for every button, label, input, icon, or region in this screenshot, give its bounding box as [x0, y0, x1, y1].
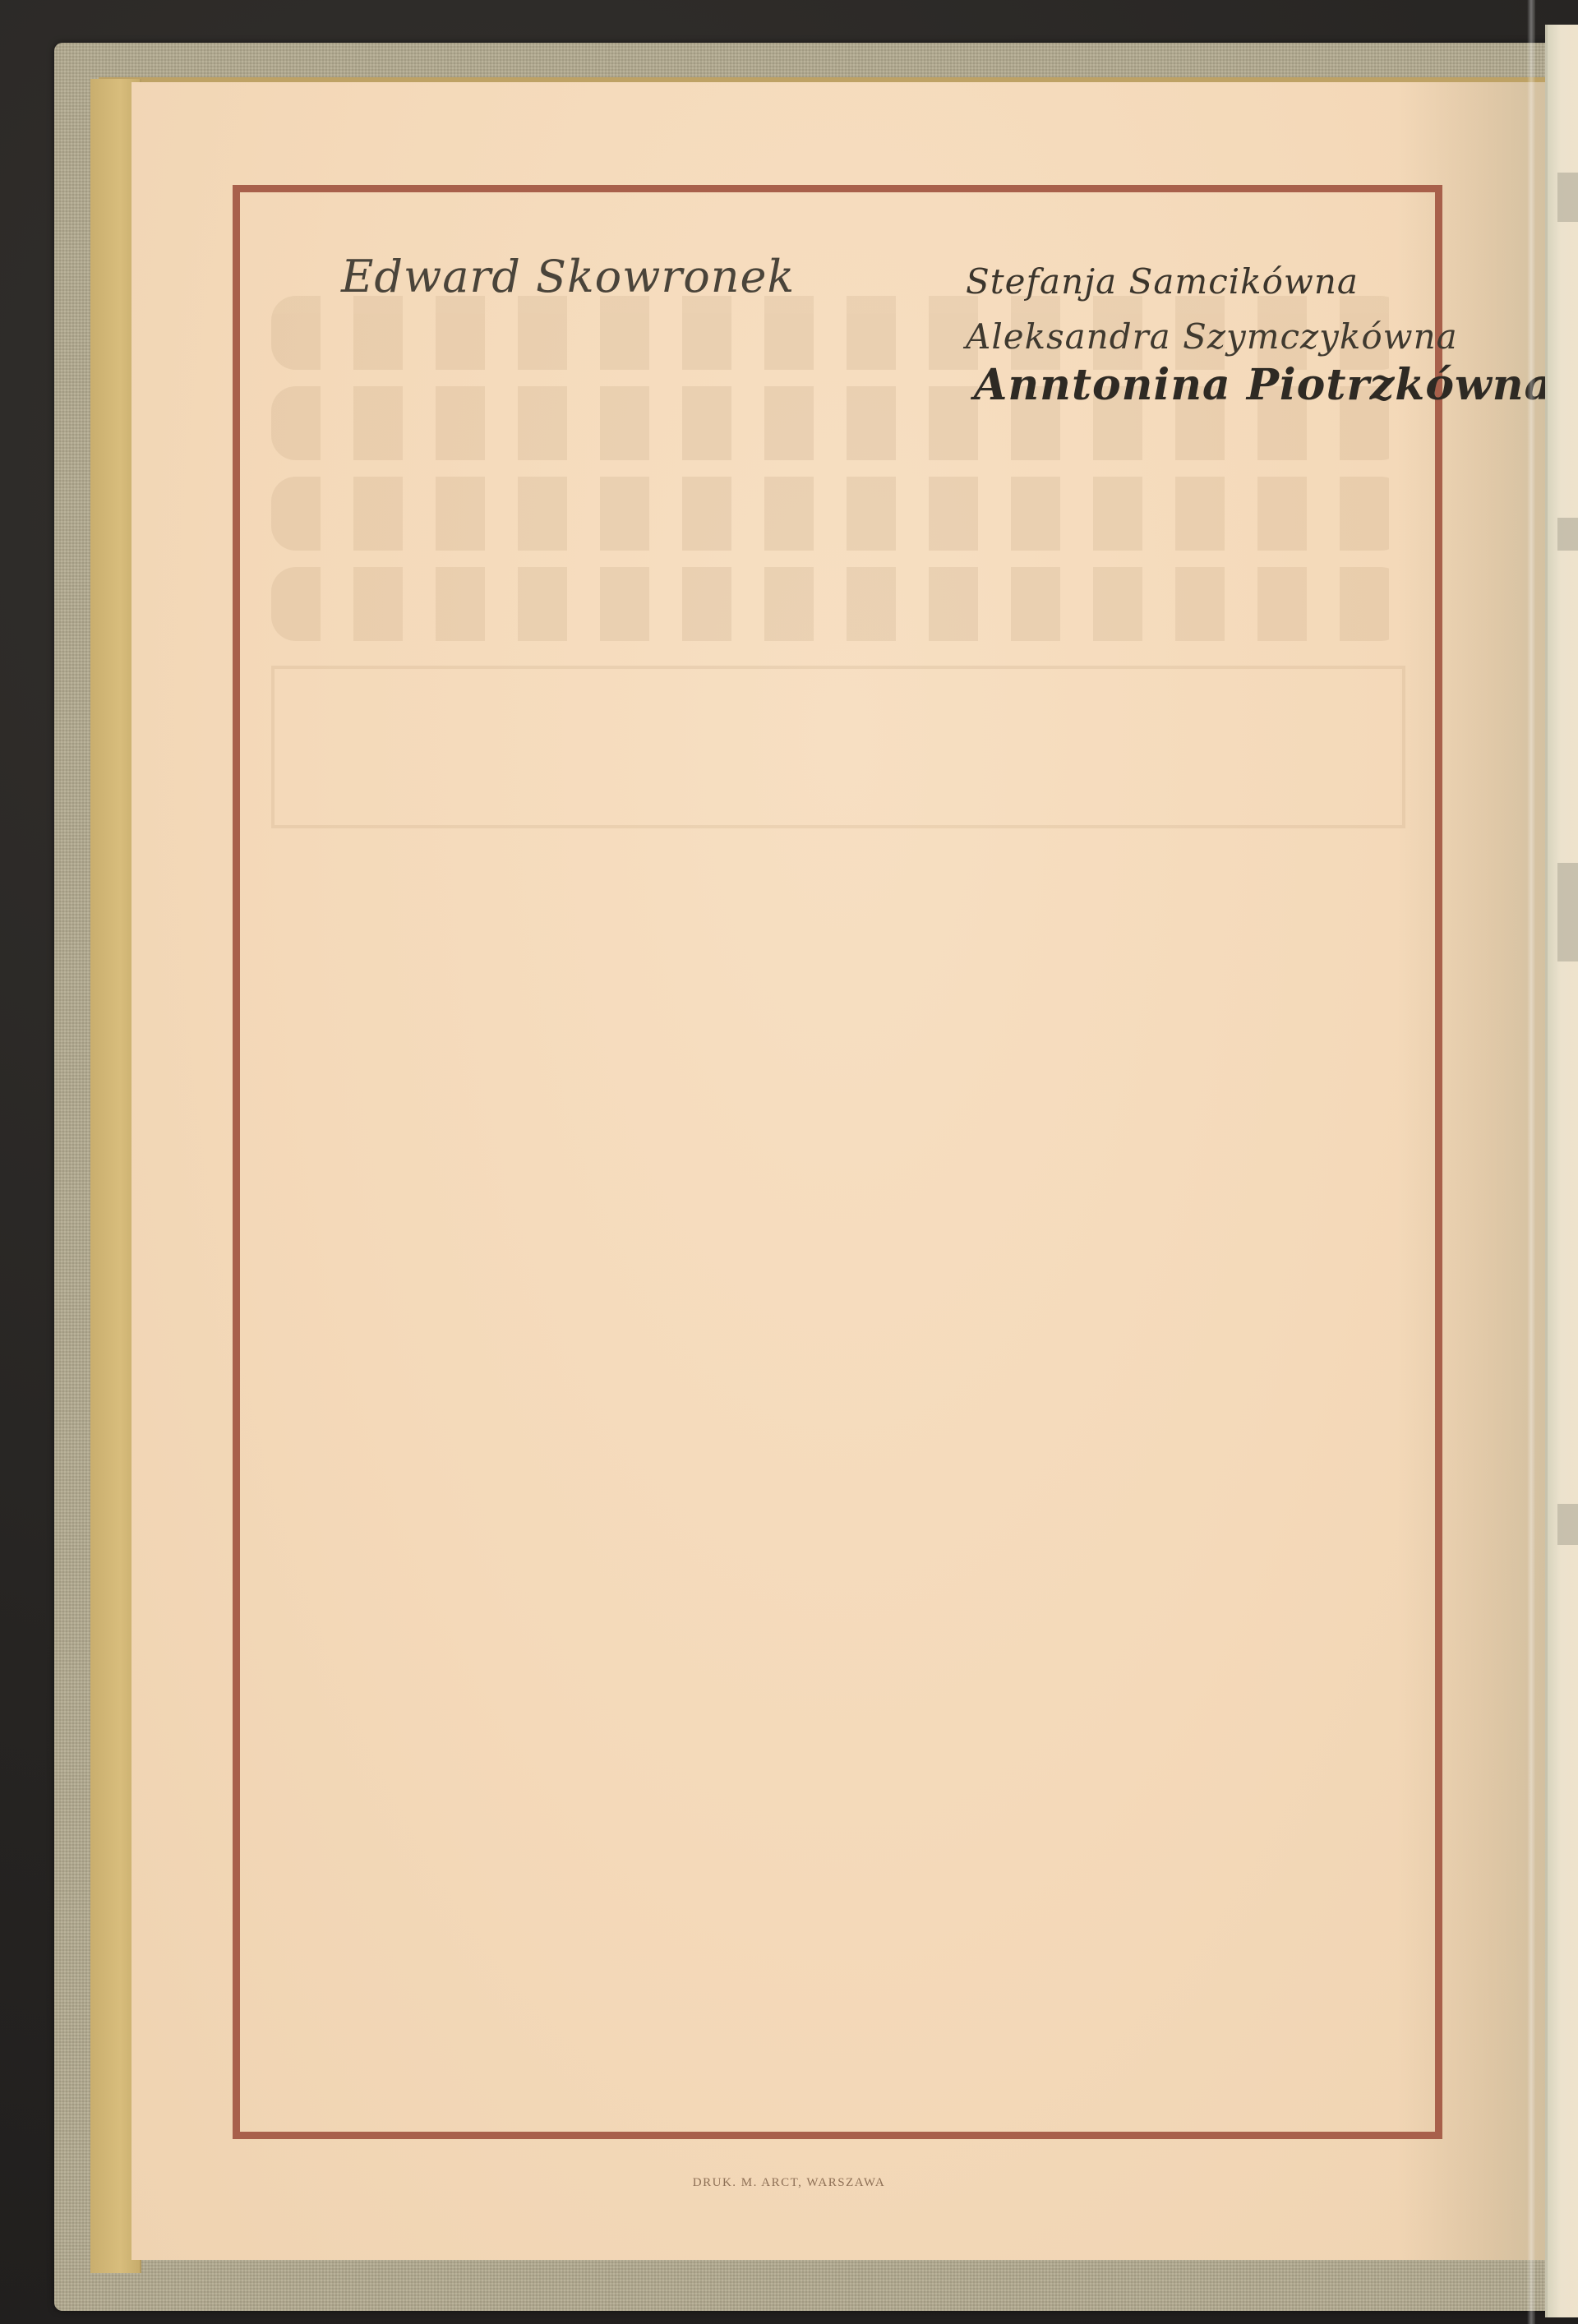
decorative-border-frame [233, 185, 1442, 2139]
signature-aleksandra: Aleksandra Szymczykówna [966, 316, 1458, 357]
facing-page-ornament [1557, 863, 1578, 961]
facing-page-ornament [1557, 1504, 1578, 1545]
signature-edward: Edward Skowronek [341, 251, 795, 302]
facing-page-ornament [1557, 173, 1578, 222]
signature-stefania: Stefanja Samcikówna [966, 261, 1359, 302]
facing-page-ornament [1557, 518, 1578, 551]
facing-page-edge [1545, 25, 1578, 2317]
printer-imprint: DRUK. M. ARCT, WARSZAWA [0, 2176, 1578, 2190]
protective-sheet-edge [1527, 0, 1535, 2324]
signature-antonina: Anntonina Piotrzkówna [974, 360, 1553, 410]
